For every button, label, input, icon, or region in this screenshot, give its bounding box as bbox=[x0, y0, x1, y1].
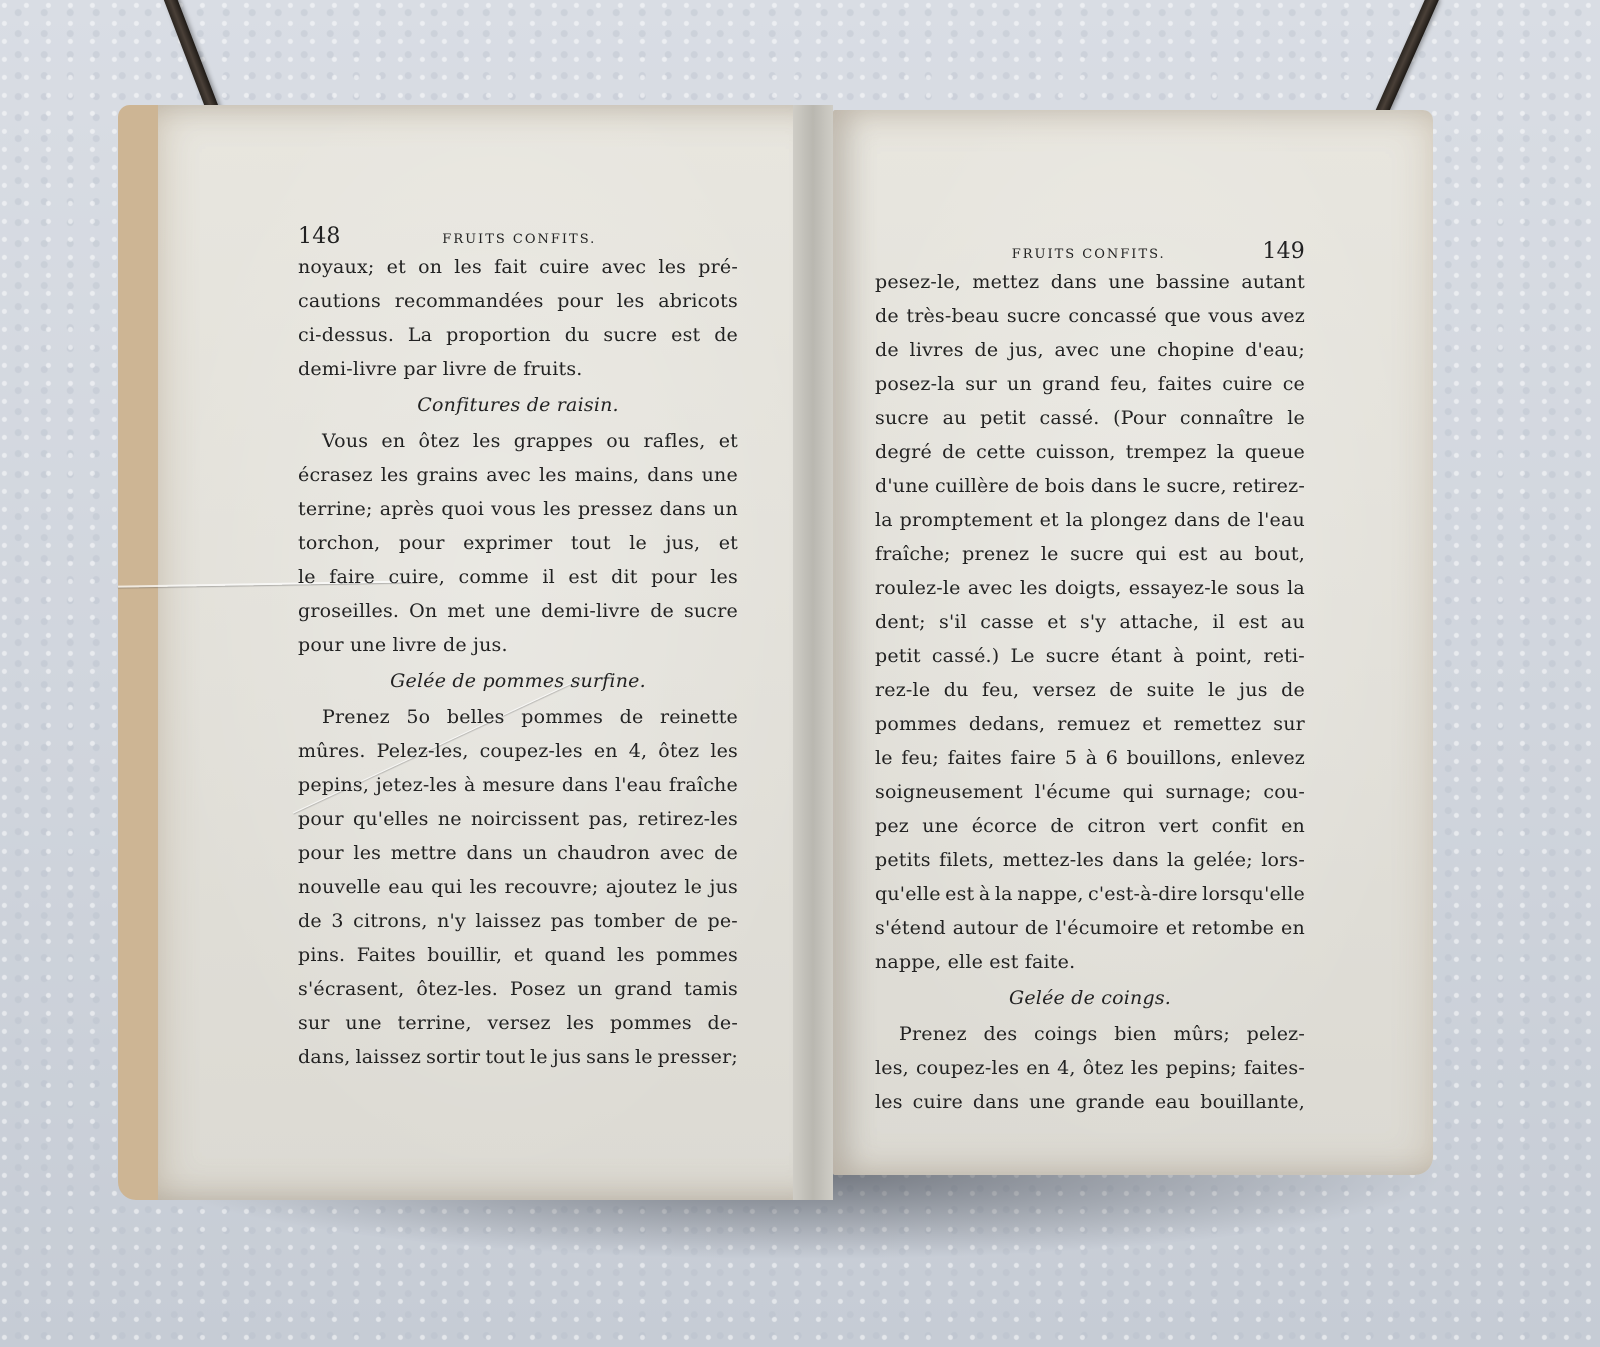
section-heading: Gelée de coings. bbox=[875, 979, 1305, 1017]
running-head: 148 FRUITS CONFITS. bbox=[298, 220, 738, 254]
left-page-text: 148 FRUITS CONFITS. noyaux;etonlesfaitcu… bbox=[298, 220, 738, 1074]
page-number: 149 bbox=[1262, 235, 1305, 269]
text-line: Prenez5obellespommesdereinette bbox=[298, 700, 738, 734]
text-line: dent;s'ilcasseets'yattache,ilestau bbox=[875, 605, 1305, 639]
section-heading: Gelée de pommes surfine. bbox=[298, 662, 738, 700]
running-head: FRUITS CONFITS. 149 bbox=[875, 235, 1305, 269]
text-line: pourlesmettredansunchaudronavecde bbox=[298, 836, 738, 870]
paragraph: Prenez5obellespommesdereinettemûres.Pele… bbox=[298, 700, 738, 1074]
text-line: roulez-leaveclesdoigts,essayez-lesousla bbox=[875, 571, 1305, 605]
text-line: fraîche;prenezlesucrequiestaubout, bbox=[875, 537, 1305, 571]
text-line: Vousenôtezlesgrappesourafles,et bbox=[298, 424, 738, 458]
text-line: torchon,pourexprimertoutlejus,et bbox=[298, 526, 738, 560]
section-heading: Confitures de raisin. bbox=[298, 386, 738, 424]
text-line: groseilles.Onmetunedemi-livredesucre bbox=[298, 594, 738, 628]
text-line: pour une livre de jus. bbox=[298, 628, 738, 662]
text-line: pins.Faitesbouillir,etquandlespommes bbox=[298, 938, 738, 972]
open-book: 148 FRUITS CONFITS. noyaux;etonlesfaitcu… bbox=[118, 105, 1448, 1200]
right-page-text: FRUITS CONFITS. 149 pesez-le,mettezdansu… bbox=[875, 235, 1305, 1119]
text-line: les,coupez-lesen4,ôtezlespepins;faites- bbox=[875, 1051, 1305, 1085]
text-line: suruneterrine,versezlespommesde- bbox=[298, 1006, 738, 1040]
text-line: mûres.Pelez-les,coupez-lesen4,ôtezles bbox=[298, 734, 738, 768]
text-line: lescuiredansunegrandeeaubouillante, bbox=[875, 1085, 1305, 1119]
text-line: lefeu;faitesfaire5à6bouillons,enlevez bbox=[875, 741, 1305, 775]
text-line: posez-lasurungrandfeu,faitescuirece bbox=[875, 367, 1305, 401]
text-line: rez-ledufeu,versezdesuitelejusde bbox=[875, 673, 1305, 707]
text-line: dans,laissezsortirtoutlejussanslepresser… bbox=[298, 1040, 738, 1074]
text-line: lapromptementetlaplongezdansdel'eau bbox=[875, 503, 1305, 537]
paragraph: Prenezdescoingsbienmûrs;pelez-les,coupez… bbox=[875, 1017, 1305, 1119]
text-line: pesez-le,mettezdansunebassineautant bbox=[875, 265, 1305, 299]
text-line: pezuneécorcedecitronvertconfiten bbox=[875, 809, 1305, 843]
text-line: de3citrons,n'ylaissezpastomberdepe- bbox=[298, 904, 738, 938]
text-line: detrès-beausucreconcasséquevousavez bbox=[875, 299, 1305, 333]
paragraph: Vousenôtezlesgrappesourafles,etécrasezle… bbox=[298, 424, 738, 662]
text-line: demi-livre par livre de fruits. bbox=[298, 352, 738, 386]
text-line: lefairecuire,commeilestditpourles bbox=[298, 560, 738, 594]
text-line: qu'elleestàlanappe,c'est-à-direlorsqu'el… bbox=[875, 877, 1305, 911]
left-page: 148 FRUITS CONFITS. noyaux;etonlesfaitcu… bbox=[118, 105, 833, 1200]
right-page: FRUITS CONFITS. 149 pesez-le,mettezdansu… bbox=[833, 110, 1433, 1175]
text-line: pepins,jetez-lesàmesuredansl'eaufraîche bbox=[298, 768, 738, 802]
book-gutter bbox=[793, 105, 833, 1200]
text-line: ci-dessus.Laproportiondusucreestde bbox=[298, 318, 738, 352]
text-line: degrédecettecuisson,trempezlaqueue bbox=[875, 435, 1305, 469]
text-line: soigneusementl'écumequisurnage;cou- bbox=[875, 775, 1305, 809]
paragraph: pesez-le,mettezdansunebassineautantdetrè… bbox=[875, 265, 1305, 979]
text-line: terrine;aprèsquoivouslespressezdansun bbox=[298, 492, 738, 526]
text-line: Prenezdescoingsbienmûrs;pelez- bbox=[875, 1017, 1305, 1051]
text-line: sucreaupetitcassé.(Pourconnaîtrele bbox=[875, 401, 1305, 435]
page-number: 148 bbox=[298, 220, 341, 254]
text-line: petitcassé.)Lesucreétantàpoint,reti- bbox=[875, 639, 1305, 673]
text-line: d'unecuillèredeboisdanslesucre,retirez- bbox=[875, 469, 1305, 503]
text-line: nappe, elle est faite. bbox=[875, 945, 1305, 979]
paragraph: noyaux;etonlesfaitcuireaveclespré-cautio… bbox=[298, 250, 738, 386]
text-line: cautionsrecommandéespourlesabricots bbox=[298, 284, 738, 318]
text-line: delivresdejus,avecunechopined'eau; bbox=[875, 333, 1305, 367]
text-line: noyaux;etonlesfaitcuireaveclespré- bbox=[298, 250, 738, 284]
text-line: nouvelleeauquilesrecouvre;ajoutezlejus bbox=[298, 870, 738, 904]
text-line: pommesdedans,remuezetremettezsur bbox=[875, 707, 1305, 741]
text-line: écrasezlesgrainsaveclesmains,dansune bbox=[298, 458, 738, 492]
text-line: s'étendautourdel'écumoireetretombeen bbox=[875, 911, 1305, 945]
text-line: petitsfilets,mettez-lesdanslagelée;lors- bbox=[875, 843, 1305, 877]
text-line: pourqu'ellesnenoircissentpas,retirez-les bbox=[298, 802, 738, 836]
text-line: s'écrasent,ôtez-les.Posezungrandtamis bbox=[298, 972, 738, 1006]
